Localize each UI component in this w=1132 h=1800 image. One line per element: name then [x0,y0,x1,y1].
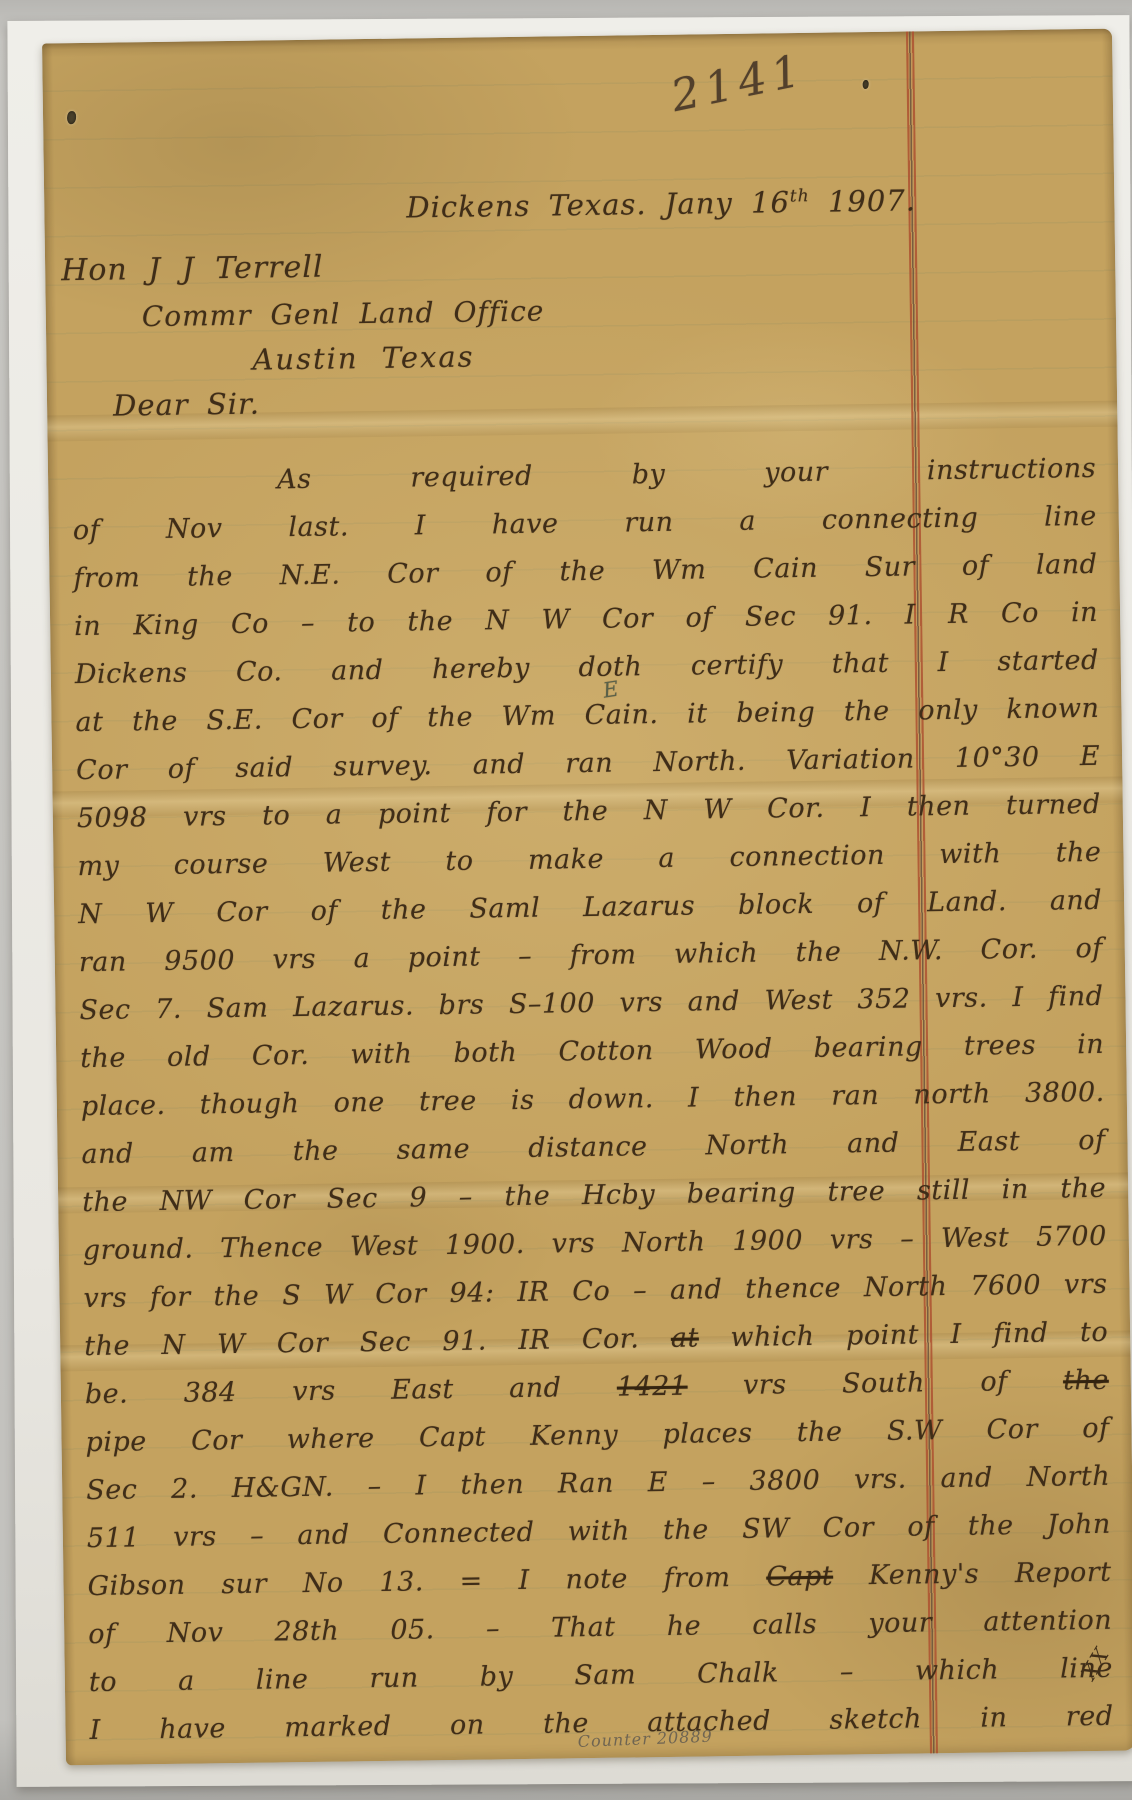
body-text-segment: ground. Thence West 1900. vrs North 1900… [83,1221,1107,1266]
body-text-segment: of Nov last. I have run a connecting lin… [73,501,1097,546]
struck-text: Capt [766,1561,833,1593]
body-text-segment: the old Cor. with both Cotton Wood beari… [80,1029,1104,1074]
body-text-segment: vrs South of [687,1365,1063,1401]
letter-paper: 2141 Dickens Texas. Jany 16th 1907. Hon … [42,29,1132,1766]
body-text-segment: Kenny's Report [833,1557,1112,1592]
scanned-letter-page: { "document": { "page_number": "2141", "… [0,0,1132,1800]
body-text-segment: at the S.E. Cor of the Wm Cain. it being… [75,693,1099,738]
body-text-segment: from the N.E. Cor of the Wm Cain Sur of … [73,549,1097,594]
body-text-segment: 5098 vrs to a point for the N W Cor. I t… [77,789,1101,834]
body-text-segment: Sec 7. Sam Lazarus. brs S–100 vrs and We… [79,981,1103,1026]
body-text-segment: the NW Cor Sec 9 – the Hcby bearing tree… [82,1173,1106,1218]
body-text-segment: 511 vrs – and Connected with the SW Cor … [87,1509,1111,1554]
body-text-segment: As required by your instructions [277,453,1096,495]
body-text-segment: which point I find to [699,1317,1109,1354]
body-text-segment: pipe Cor where Capt Kenny places the S.W… [85,1413,1109,1458]
body-text-segment: Dickens Co. and hereby doth certify that… [75,645,1099,690]
struck-text: 1421 [617,1371,688,1403]
body-text-segment: Cor of said survey. and ran North. Varia… [76,741,1100,786]
body-text-segment: be. 384 vrs East and [85,1372,617,1410]
body-text-segment: in King Co – to the N W Cor of Sec 91. I… [74,597,1098,642]
body-text-segment: and am the same distance North and East … [81,1125,1105,1170]
body-text-segment: place. though one tree is down. I then r… [81,1077,1105,1122]
body-text-segment: N W Cor of the Saml Lazarus block of Lan… [78,885,1102,930]
body-text-segment: my course West to make a connection with… [77,837,1101,882]
struck-text: at [671,1323,699,1354]
body-text: As required by your instructionsof Nov l… [66,29,1114,1765]
body-text-segment: to a line run by Sam Chalk – which line [89,1653,1113,1698]
body-text-segment: ran 9500 vrs a point – from which the N.… [79,933,1103,978]
body-text-segment: Gibson sur No 13. = I note from [87,1562,766,1602]
body-text-segment: the N W Cor Sec 91. IR Cor. [84,1323,671,1362]
body-text-segment: Sec 2. H&GN. – I then Ran E – 3800 vrs. … [86,1461,1110,1506]
body-text-segment: of Nov 28th 05. – That he calls your att… [88,1605,1112,1650]
struck-text: the [1063,1365,1109,1397]
body-text-segment: vrs for the S W Cor 94: IR Co – and then… [83,1269,1107,1314]
